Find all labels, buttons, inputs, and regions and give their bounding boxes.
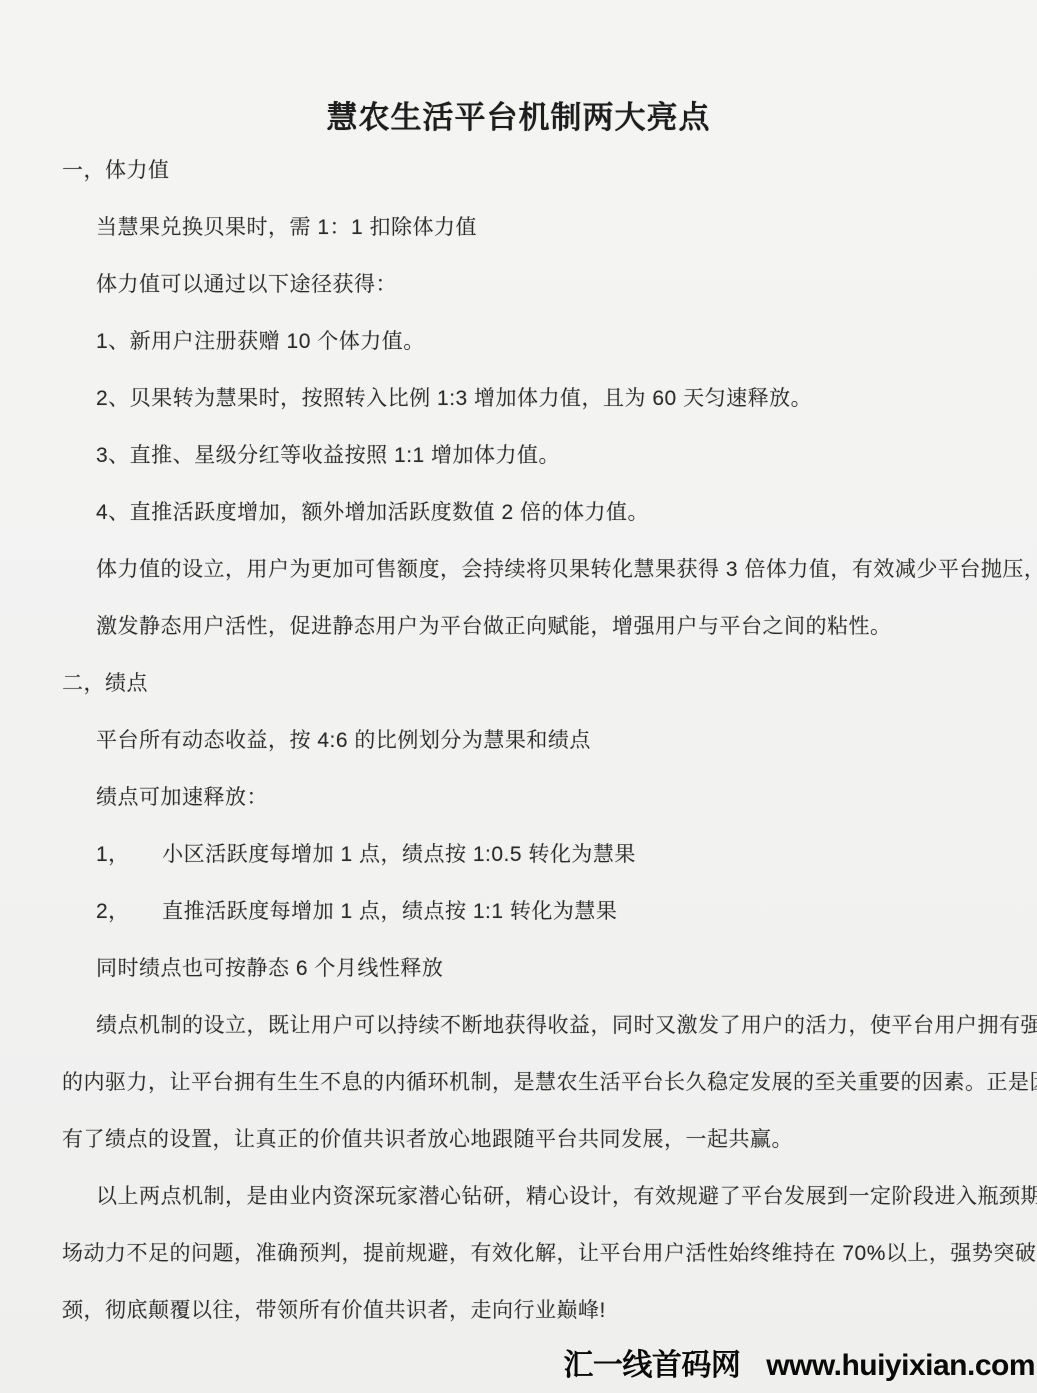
paragraph-line: 场动力不足的问题，准确预判，提前规避，有效化解，让平台用户活性始终维持在 70%… bbox=[62, 1241, 1037, 1267]
section-2-heading: 二，绩点 bbox=[62, 671, 148, 697]
paragraph-line: 颈，彻底颠覆以往，带领所有价值共识者，走向行业巅峰! bbox=[62, 1298, 606, 1324]
document-title: 慧农生活平台机制两大亮点 bbox=[0, 92, 1037, 137]
list-item: 1、新用户注册获赠 10 个体力值。 bbox=[96, 329, 425, 355]
paragraph-line: 体力值的设立，用户为更加可售额度，会持续将贝果转化慧果获得 3 倍体力值，有效减… bbox=[96, 557, 1037, 583]
watermark-site-name: 汇一线首码网 bbox=[563, 1349, 740, 1382]
watermark: 汇一线首码网 www.huiyixian.com bbox=[563, 1340, 1035, 1384]
paragraph-line: 以上两点机制，是由业内资深玩家潜心钻研，精心设计，有效规避了平台发展到一定阶段进… bbox=[96, 1184, 1037, 1210]
list-item: 1， 小区活跃度每增加 1 点，绩点按 1:0.5 转化为慧果 bbox=[96, 842, 636, 868]
watermark-site-url: www.huiyixian.com bbox=[766, 1349, 1035, 1382]
paragraph-line: 有了绩点的设置，让真正的价值共识者放心地跟随平台共同发展，一起共赢。 bbox=[62, 1127, 793, 1153]
paragraph-line: 绩点机制的设立，既让用户可以持续不断地获得收益，同时又激发了用户的活力，使平台用… bbox=[96, 1013, 1037, 1039]
list-item: 4、直推活跃度增加，额外增加活跃度数值 2 倍的体力值。 bbox=[96, 500, 649, 526]
list-item: 3、直推、星级分红等收益按照 1:1 增加体力值。 bbox=[96, 443, 560, 469]
paragraph-line: 当慧果兑换贝果时，需 1：1 扣除体力值 bbox=[96, 215, 477, 241]
document-page: { "colors": { "background": "#f2f2f1", "… bbox=[0, 0, 1037, 1393]
paragraph-line: 激发静态用户活性，促进静态用户为平台做正向赋能，增强用户与平台之间的粘性。 bbox=[96, 614, 892, 640]
paragraph-line: 同时绩点也可按静态 6 个月线性释放 bbox=[96, 956, 443, 982]
list-item: 2， 直推活跃度每增加 1 点，绩点按 1:1 转化为慧果 bbox=[96, 899, 617, 925]
list-item: 2、贝果转为慧果时，按照转入比例 1:3 增加体力值，且为 60 天匀速释放。 bbox=[96, 386, 812, 412]
paragraph-line: 的内驱力，让平台拥有生生不息的内循环机制，是慧农生活平台长久稳定发展的至关重要的… bbox=[62, 1070, 1037, 1096]
section-1-heading: 一，体力值 bbox=[62, 158, 170, 184]
document-body: 慧农生活平台机制两大亮点 一，体力值 当慧果兑换贝果时，需 1：1 扣除体力值 … bbox=[0, 0, 1037, 1393]
paragraph-line: 平台所有动态收益，按 4:6 的比例划分为慧果和绩点 bbox=[96, 728, 591, 754]
paragraph-line: 绩点可加速释放： bbox=[96, 785, 268, 811]
paragraph-line: 体力值可以通过以下途径获得： bbox=[96, 272, 397, 298]
